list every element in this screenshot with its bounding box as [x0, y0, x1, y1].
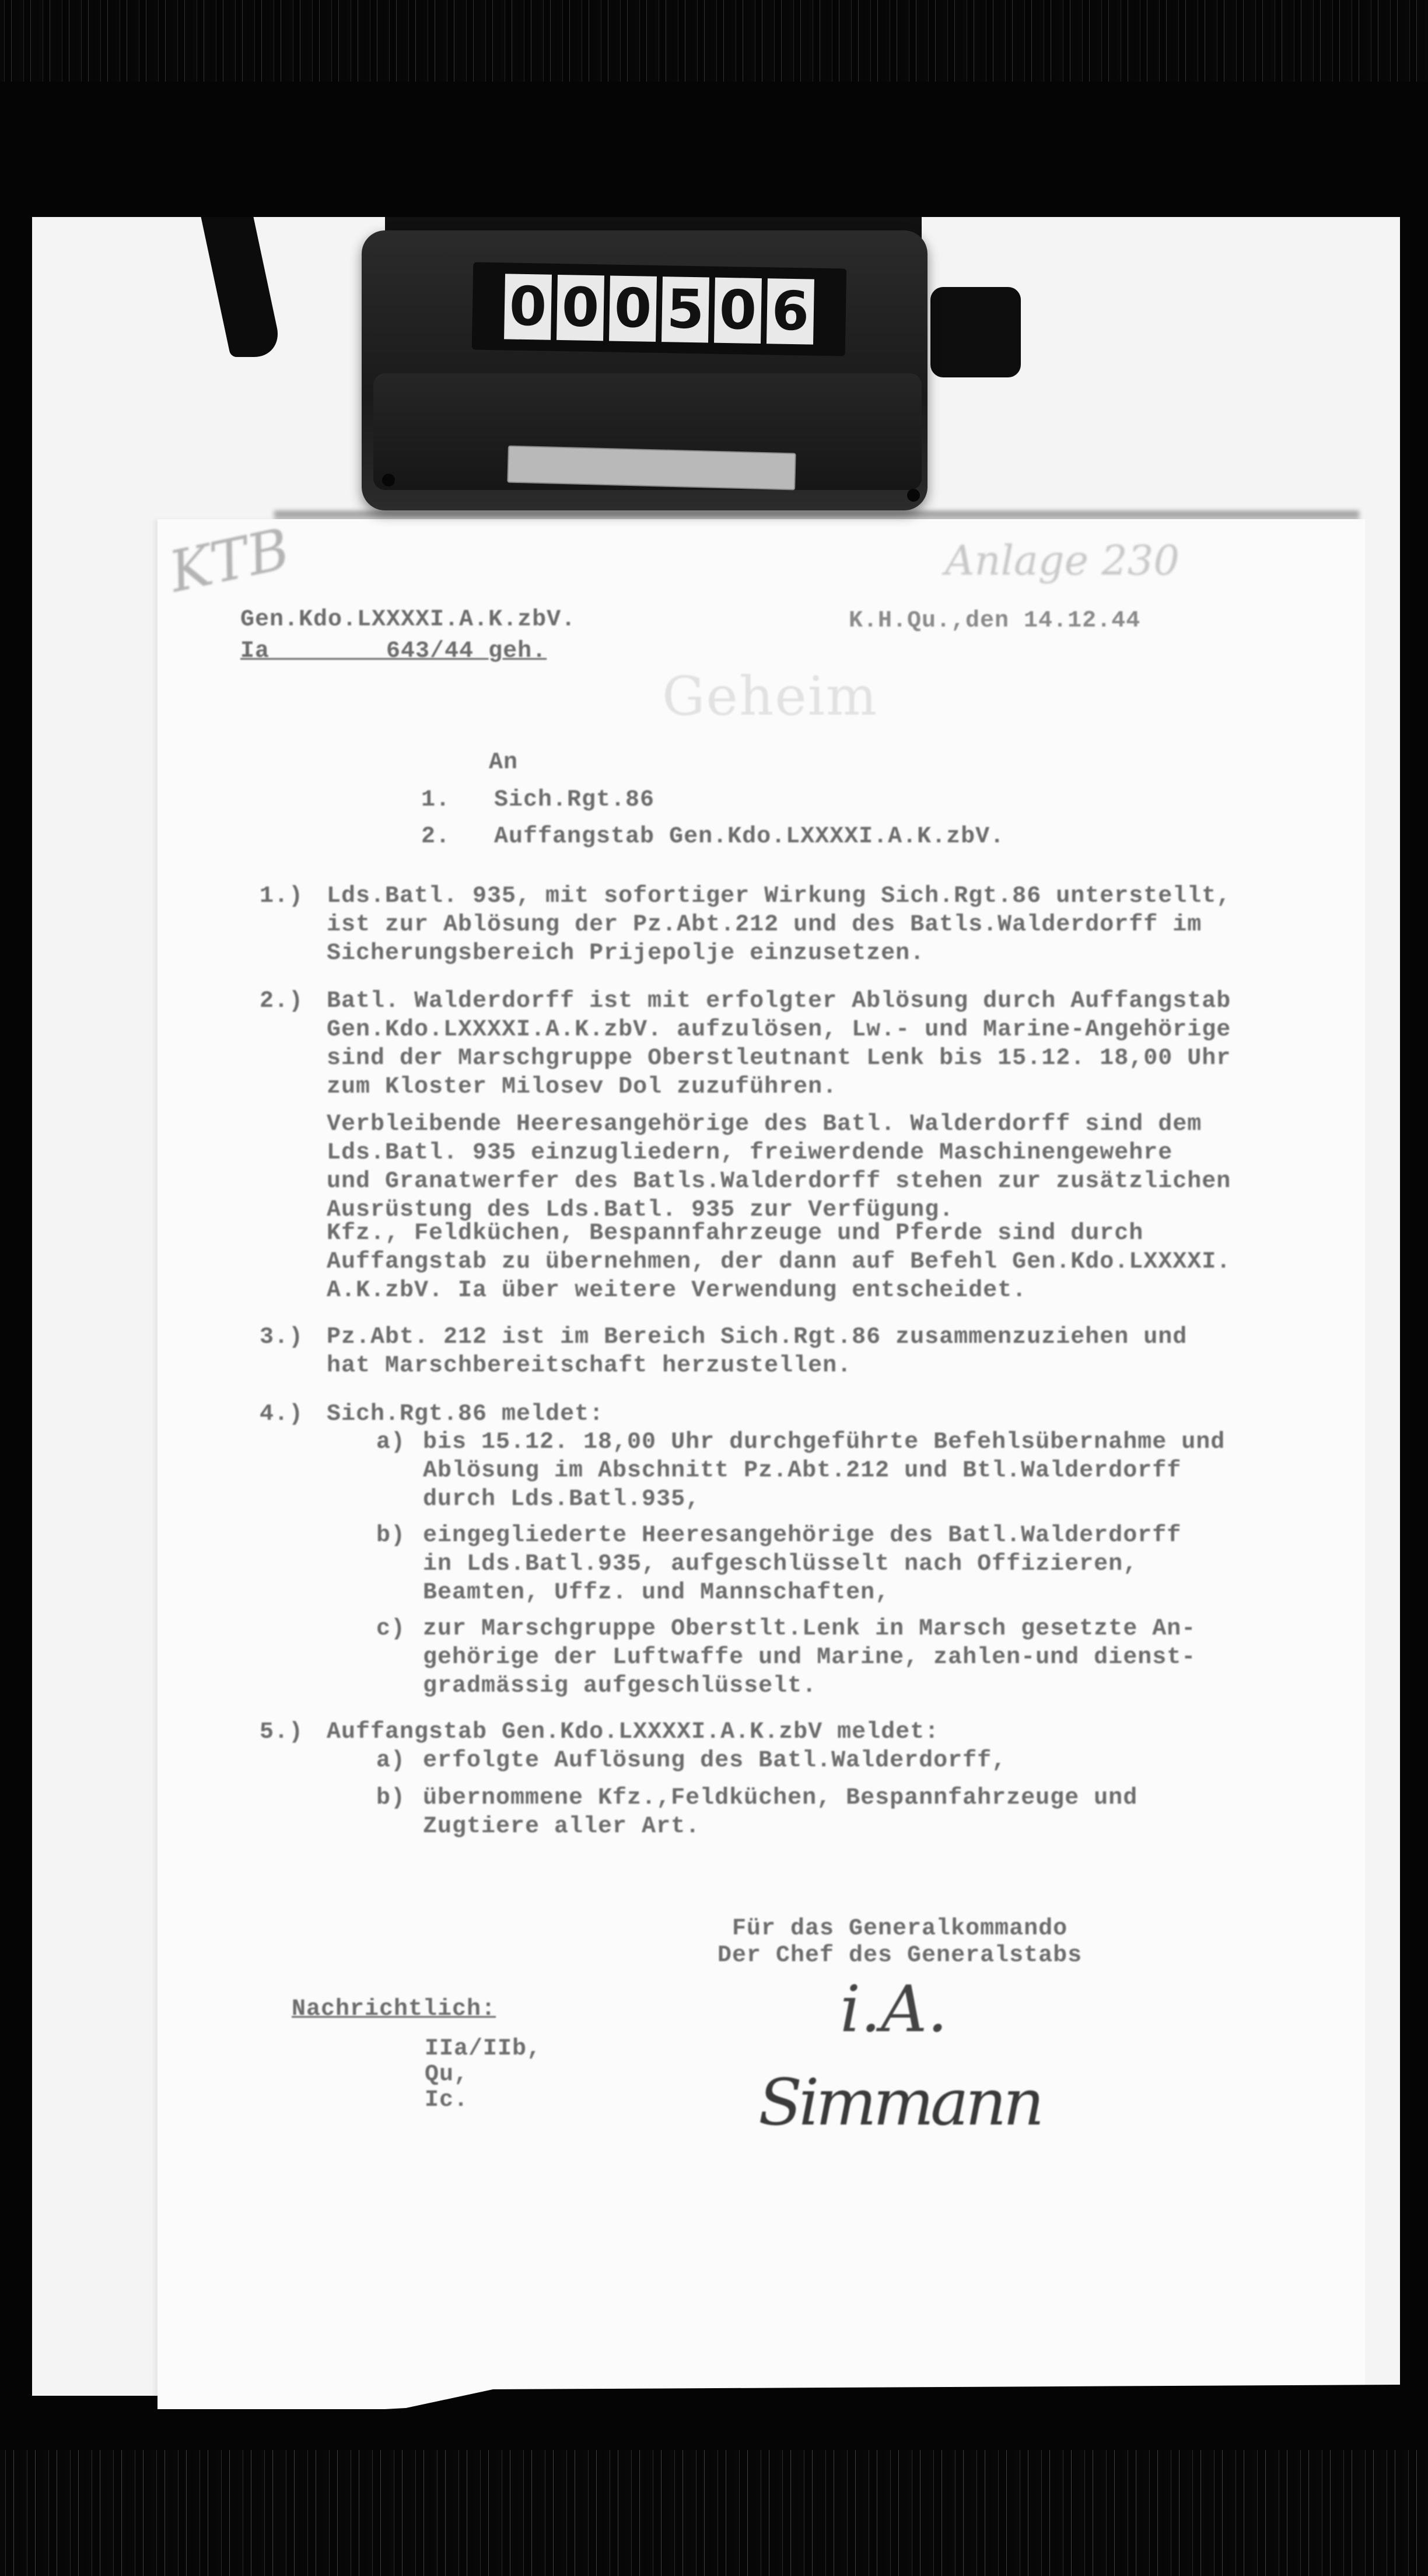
sender-line-1: Gen.Kdo.LXXXXI.A.K.zbV. — [240, 605, 576, 634]
paragraph-line: Pz.Abt. 212 ist im Bereich Sich.Rgt.86 z… — [327, 1323, 1187, 1352]
paragraph-number: 5.) — [260, 1718, 303, 1746]
distribution-item: Qu, — [425, 2060, 468, 2089]
paragraph-number: 3.) — [260, 1323, 303, 1352]
paragraph-line: Auffangstab zu übernehmen, der dann auf … — [327, 1248, 1231, 1276]
subitem-line: bis 15.12. 18,00 Uhr durchgeführte Befeh… — [423, 1428, 1225, 1457]
distribution-label: Nachrichtlich: — [292, 1995, 496, 2024]
subitem-line: eingegliederte Heeresangehörige des Batl… — [423, 1521, 1181, 1550]
counter-digit: 6 — [766, 278, 814, 344]
paragraph-line: Verbleibende Heeresangehörige des Batl. … — [327, 1110, 1202, 1139]
subitem-line: Beamten, Uffz. und Mannschaften, — [423, 1578, 890, 1607]
screw-icon — [907, 489, 920, 502]
paragraph-line: A.K.zbV. Ia über weitere Verwendung ents… — [327, 1276, 1027, 1305]
counter-digit: 0 — [609, 276, 657, 342]
paragraph-line: Sich.Rgt.86 meldet: — [327, 1400, 604, 1429]
paragraph-line: sind der Marschgruppe Oberstleutnant Len… — [327, 1044, 1231, 1073]
paragraph-line: Batl. Walderdorff ist mit erfolgter Ablö… — [327, 987, 1231, 1016]
paragraph-number: 1.) — [260, 882, 303, 911]
film-border-bottom — [0, 2450, 1428, 2576]
subitem-letter: b) — [376, 1521, 405, 1550]
distribution-item: Ic. — [425, 2086, 468, 2115]
recipients-label: An — [489, 748, 518, 777]
paragraph-line: Kfz., Feldküchen, Bespannfahrzeuge und P… — [327, 1219, 1143, 1248]
subitem-line: Zugtiere aller Art. — [423, 1812, 700, 1841]
subitem-line: Ablösung im Abschnitt Pz.Abt.212 und Btl… — [423, 1457, 1181, 1485]
subitem-letter: a) — [376, 1746, 405, 1775]
subitem-line: gehörige der Luftwaffe und Marine, zahle… — [423, 1643, 1196, 1672]
recipient-item: 2. Auffangstab Gen.Kdo.LXXXXI.A.K.zbV. — [421, 822, 1005, 851]
subitem-line: übernommene Kfz.,Feldküchen, Bespannfahr… — [423, 1784, 1137, 1812]
counter-digit: 0 — [556, 275, 604, 341]
distribution-item: IIa/IIb, — [425, 2035, 541, 2063]
stamp-geheim: Geheim — [662, 665, 878, 727]
paragraph-line: hat Marschbereitschaft herzustellen. — [327, 1352, 852, 1380]
subitem-line: zur Marschgruppe Oberstlt.Lenk in Marsch… — [423, 1615, 1196, 1643]
counter-digit: 0 — [714, 278, 762, 344]
counter-nameplate — [507, 446, 796, 491]
sender-line-2: Ia 643/44 geh. — [240, 637, 547, 666]
paragraph-number: 4.) — [260, 1400, 303, 1429]
subitem-letter: c) — [376, 1615, 405, 1643]
paragraph-line: Sicherungsbereich Prijepolje einzusetzen… — [327, 939, 925, 968]
subitem-line: durch Lds.Batl.935, — [423, 1485, 700, 1514]
counter-reset-knob — [930, 287, 1021, 377]
subitem-line: erfolgte Auflösung des Batl.Walderdorff, — [423, 1746, 1006, 1775]
subitem-letter: a) — [376, 1428, 405, 1457]
paragraph-line: Lds.Batl. 935, mit sofortiger Wirkung Si… — [327, 882, 1231, 911]
paragraph-line: Auffangstab Gen.Kdo.LXXXXI.A.K.zbV melde… — [327, 1718, 939, 1746]
counter-digit: 0 — [504, 274, 552, 339]
handwritten-signature: Simmann — [758, 2065, 1041, 2140]
screw-icon — [382, 474, 395, 487]
paragraph-line: Lds.Batl. 935 einzugliedern, freiwerdend… — [327, 1139, 1172, 1167]
signature-line-2: Der Chef des Generalstabs — [717, 1941, 1082, 1970]
signature-initials: i.A. — [840, 1972, 948, 2046]
counter-digit: 5 — [661, 276, 709, 342]
subitem-letter: b) — [376, 1784, 405, 1812]
handwritten-anlage: Anlage 230 — [945, 537, 1179, 584]
film-border-top — [0, 0, 1428, 82]
place-date: K.H.Qu.,den 14.12.44 — [849, 607, 1140, 635]
recipient-item: 1. Sich.Rgt.86 — [421, 786, 654, 814]
signature-line-1: Für das Generalkommando — [732, 1915, 1067, 1943]
subitem-line: in Lds.Batl.935, aufgeschlüsselt nach Of… — [423, 1550, 1137, 1578]
paragraph-line: zum Kloster Milosev Dol zuzuführen. — [327, 1073, 837, 1101]
paragraph-number: 2.) — [260, 987, 303, 1016]
counter-display: 0 0 0 5 0 6 — [472, 262, 847, 356]
paragraph-line: und Granatwerfer des Batls.Walderdorff s… — [327, 1167, 1231, 1196]
subitem-line: gradmässig aufgeschlüsselt. — [423, 1672, 817, 1700]
paragraph-line: Gen.Kdo.LXXXXI.A.K.zbV. aufzulösen, Lw.-… — [327, 1016, 1231, 1044]
paragraph-line: ist zur Ablösung der Pz.Abt.212 und des … — [327, 911, 1202, 939]
